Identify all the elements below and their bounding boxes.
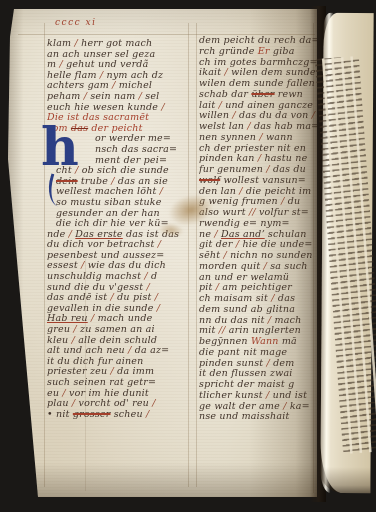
manuscript-line: pesenbest und aussez=: [47, 251, 198, 262]
manuscript-line: or werder me=: [47, 134, 198, 145]
manuscript-line: pinden sunst / dem: [199, 359, 324, 370]
manuscript-line: ch maisam sit / das: [199, 294, 324, 305]
manuscript-line: ge walt der ame / ka=: [199, 402, 324, 413]
manuscript-line: rch gründe Er giba: [199, 47, 324, 58]
text-column-left: klam / herr got machan ach unser sel gez…: [47, 39, 198, 423]
manuscript-page: cccc xi klam / herr got machan ach unser…: [8, 9, 317, 497]
manuscript-line: das andē ist / du pist /: [47, 293, 198, 304]
manuscript-line: tlicher kunst / und ist: [199, 391, 324, 402]
ruling-line-horizontal: [18, 34, 315, 35]
manuscript-line: euch hie wesen kunde /: [47, 103, 198, 114]
manuscript-line: die ich dir hie ver kü=: [47, 219, 198, 230]
manuscript-line: willen / das du da von /: [199, 111, 324, 122]
manuscript-line: plau / vorcht od' reu /: [47, 399, 198, 410]
folio-number: cccc xi: [55, 18, 96, 28]
manuscript-line: dein trube / das an sie: [47, 177, 198, 188]
manuscript-line: peham / sein nam / sel: [47, 92, 198, 103]
manuscript-line: priester zeu / da imm: [47, 367, 198, 378]
manuscript-line: lait / und ainen gancze: [199, 101, 324, 112]
manuscript-line: nn du das nit / mach: [199, 316, 324, 327]
manuscript-line: begȳnnen Wann mā: [199, 337, 324, 348]
manuscript-line: wellest machen löht /: [47, 187, 198, 198]
manuscript-line: Hab reu / mach unde: [47, 314, 198, 325]
parchment-stain: [165, 190, 217, 230]
manuscript-line: welst lan / das hab ma=: [199, 122, 324, 133]
illuminated-initial: h: [41, 124, 79, 172]
manuscript-line: ment der pei=: [47, 156, 198, 167]
manuscript-line: wolf wollest vansun=: [199, 176, 324, 187]
manuscript-line: it den flussen zwai: [199, 369, 324, 380]
manuscript-line: mit // arin unglerten: [199, 326, 324, 337]
manuscript-line: dem sund ab glitna: [199, 305, 324, 316]
manuscript-line: klam / herr got mach: [47, 39, 198, 50]
manuscript-line: an und er welamü: [199, 273, 324, 284]
manuscript-line: kleu / alle dein schuld: [47, 336, 198, 347]
manuscript-line: Die ist das sacramēt: [47, 113, 198, 124]
manuscript-line: ch im gotes barmhczg=: [199, 58, 324, 69]
manuscript-line: • nit grosser scheu /: [47, 410, 198, 421]
manuscript-line: greu / zu samen an ai: [47, 325, 198, 336]
illuminated-initial-tail: [43, 173, 67, 206]
manuscript-line: nde / Das erste das ist das: [47, 230, 198, 241]
manuscript-line: gesunder an der han: [47, 209, 198, 220]
manuscript-line: essest / wie das du dich: [47, 261, 198, 272]
manuscript-line: cht / ob sich die sunde: [47, 166, 198, 177]
manuscript-line: also wurt // volfur st=: [199, 208, 324, 219]
manuscript-line: so mustu siban stuke: [47, 198, 198, 209]
manuscript-line: eu / vor im hie dunit: [47, 389, 198, 400]
manuscript-line: git der / hie die unde=: [199, 240, 324, 251]
manuscript-line: ikait / wilen dem sunde: [199, 68, 324, 79]
manuscript-line: pit / am peichtiger: [199, 283, 324, 294]
manuscript-line: ne / Das andʼ schulan: [199, 230, 324, 241]
manuscript-line: rwendig e= nym=: [199, 219, 324, 230]
manuscript-line: unschuldig machst / d: [47, 272, 198, 283]
manuscript-line: achters gam / michel: [47, 81, 198, 92]
manuscript-line: nen synnen / wann: [199, 133, 324, 144]
manuscript-line: helle flam / nym ach dz: [47, 71, 198, 82]
text-column-right: dem peicht du rech da=rch gründe Er giba…: [199, 36, 324, 426]
manuscript-line: g wenig frumen / du: [199, 197, 324, 208]
manuscript-line: such seinen rat getr=: [47, 378, 198, 389]
facing-page-edge: [320, 13, 373, 493]
manuscript-line: schab dar über rewn: [199, 90, 324, 101]
manuscript-line: den lan / die peicht im: [199, 187, 324, 198]
parchment-crease: [85, 259, 86, 491]
ruling-line-left-margin: [44, 23, 45, 487]
manuscript-line: dem peicht du rech da=: [199, 36, 324, 47]
ruling-line-column-gap-right: [196, 23, 197, 487]
manuscript-line: it du dich fur ainen: [47, 357, 198, 368]
manuscript-line: gevallen in die sunde /: [47, 304, 198, 315]
manuscript-line: sēht / nichn no sunden: [199, 251, 324, 262]
manuscript-line: spricht der maist g: [199, 380, 324, 391]
ruling-line-column-gap-left: [188, 23, 189, 487]
facing-page-text-blur: [315, 56, 376, 454]
manuscript-line: nsch das sacra=: [47, 145, 198, 156]
manuscript-line: pinden kan / hastu ne: [199, 154, 324, 165]
manuscript-line: vom das der peicht: [47, 124, 198, 135]
manuscript-line: fur genumen / das du: [199, 165, 324, 176]
manuscript-line: m / gehut und verdã: [47, 60, 198, 71]
manuscript-photo: cccc xi klam / herr got machan ach unser…: [0, 0, 376, 512]
manuscript-line: nse und maisshait: [199, 412, 324, 423]
manuscript-line: sund die du v'gesst /: [47, 283, 198, 294]
manuscript-line: alt und ach neu / da az=: [47, 346, 198, 357]
manuscript-line: du dich vor betrachst /: [47, 240, 198, 251]
manuscript-line: an ach unser sel geza: [47, 50, 198, 61]
parchment-stain-small: [157, 221, 185, 238]
manuscript-line: ch der priester nit en: [199, 144, 324, 155]
manuscript-line: morden quit / sa such: [199, 262, 324, 273]
manuscript-line: wilen dem sunde fallen /: [199, 79, 324, 90]
manuscript-line: die pant nit mage: [199, 348, 324, 359]
